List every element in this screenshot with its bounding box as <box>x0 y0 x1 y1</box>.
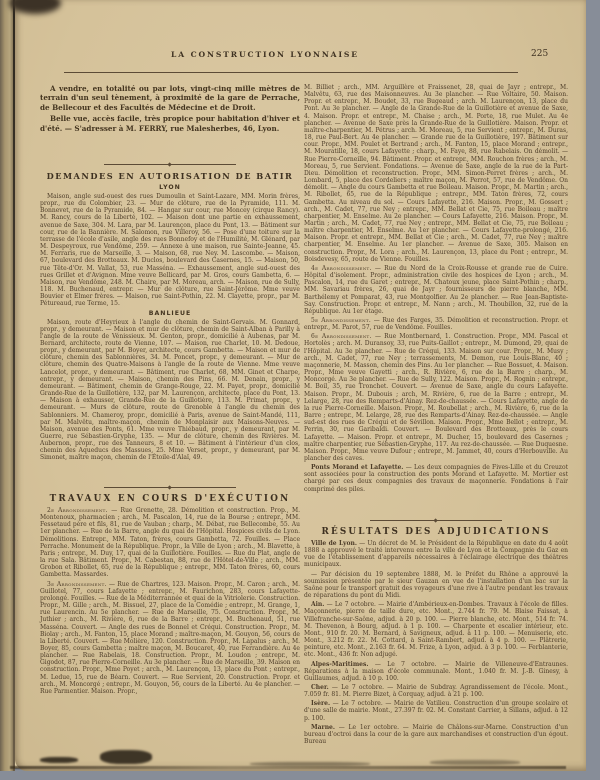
arrondissement-lead: 5e Arrondissement. <box>311 317 371 324</box>
binding-edge <box>0 0 14 771</box>
travaux-text: — Rue de Chartres, 123. Maison. Propr., … <box>40 581 300 695</box>
adjudication-paragraph: Marne. — Le 1er octobre. — Mairie de Châ… <box>304 724 568 745</box>
adjudication-lead: Ville de Lyon. <box>311 540 357 547</box>
ponts-lead: Ponts Morand et Lafayette. <box>311 464 403 471</box>
adjudication-text: — Le 7 octobre. — Mairie d'Ambérieux-en-… <box>304 601 568 658</box>
ad-paragraph: A vendre, en totalité ou par lots, vingt… <box>40 84 300 112</box>
adjudication-text: — Le 7 octobre. — Mairie de Subdray. Agr… <box>304 684 568 698</box>
journal-title: LA CONSTRUCTION LYONNAISE <box>45 50 485 59</box>
travaux-paragraph: M. Billiet ; arch., MM. Arguillère et Fr… <box>304 84 568 263</box>
header-rule <box>64 72 518 73</box>
ad-paragraph: Belle vue, accès facile, très propice po… <box>40 114 300 133</box>
section-title-travaux: TRAVAUX EN COURS D'EXÉCUTION <box>40 494 300 504</box>
demandes-lyon-text: Maison, angle sud-ouest des rues Dumouli… <box>40 193 300 308</box>
travaux-text: M. Billiet ; arch., MM. Arguillère et Fr… <box>304 84 568 263</box>
travaux-paragraph: 2e Arrondissement. — Rue Grenette, 28. D… <box>40 507 300 579</box>
adjudication-lead: Marne. <box>311 724 335 731</box>
travaux-text: — Rue du Nord de la Croix-Rousse et gran… <box>304 265 568 315</box>
page-bottom-edge <box>10 766 566 769</box>
adjudication-lead: Cher. <box>311 684 329 691</box>
travaux-paragraph: 6e Arrondissement. — Rue Montbernard, 1.… <box>304 333 568 462</box>
classified-ad: A vendre, en totalité ou par lots, vingt… <box>40 84 300 156</box>
section-divider <box>104 485 236 489</box>
adjudication-lead: Ain. <box>311 601 324 608</box>
adjudication-paragraph: Ain. — Le 7 octobre. — Mairie d'Ambérieu… <box>304 601 568 658</box>
section-divider <box>104 162 236 166</box>
section-title-demandes: DEMANDES EN AUTORISATION DE BATIR <box>40 171 300 181</box>
page-number: 225 <box>531 49 548 59</box>
right-column: M. Billiet ; arch., MM. Arguillère et Fr… <box>304 84 568 747</box>
subsection-label-banlieue: BANLIEUE <box>40 310 300 317</box>
arrondissement-lead: 6e Arrondissement. <box>311 333 372 340</box>
travaux-text: — Rue Montbernard, 1. Construction. Prop… <box>304 333 568 462</box>
scan-artifact <box>9 0 61 14</box>
arrondissement-lead: 4e Arrondissement. <box>311 265 372 272</box>
section-travaux-continued: M. Billiet ; arch., MM. Arguillère et Fr… <box>304 84 568 512</box>
section-title-resultats: RÉSULTATS DES ADJUDICATIONS <box>304 527 568 537</box>
adjudication-paragraph: Ville de Lyon. — Un décret de M. le Prés… <box>304 540 568 569</box>
adjudication-paragraph: — Par décision du 19 septembre 1888, M. … <box>304 571 568 600</box>
journal-page: LA CONSTRUCTION LYONNAISE 225 A vendre, … <box>15 0 586 771</box>
scan-artifact <box>100 750 152 764</box>
travaux-paragraph: 4e Arrondissement. — Rue du Nord de la C… <box>304 265 568 315</box>
left-column: A vendre, en totalité ou par lots, vingt… <box>40 84 300 697</box>
adjudication-paragraph: Isère. — Le 7 octobre. — Mairie de Vatil… <box>304 700 568 721</box>
travaux-text: — Rue Grenette, 28. Démolition et constr… <box>40 507 300 578</box>
adjudication-paragraph: Alpes-Maritimes. — Le 7 octobre. — Mairi… <box>304 661 568 682</box>
scan-artifact <box>430 760 520 765</box>
adjudication-text: — Le 1er octobre. — Mairie de Châlons-su… <box>304 724 568 745</box>
adjudication-lead: Isère. <box>311 700 330 707</box>
arrondissement-lead: 3e Arrondissement. <box>47 581 107 588</box>
travaux-paragraph: Ponts Morand et Lafayette. — Les deux co… <box>304 464 568 493</box>
adjudication-paragraph: Cher. — Le 7 octobre. — Mairie de Subdra… <box>304 684 568 698</box>
demandes-banlieue-text: Maison, route d'Heyrieux à l'angle du ch… <box>40 319 300 462</box>
adjudication-text: — Par décision du 19 septembre 1888, M. … <box>304 571 568 599</box>
adjudication-lead: Alpes-Maritimes. <box>311 661 368 668</box>
arrondissement-lead: 2e Arrondissement. <box>47 507 108 514</box>
scan-artifact <box>40 757 78 763</box>
adjudication-text: — Le 7 octobre. — Mairie de Vatilieu. Co… <box>304 700 568 721</box>
subsection-label-lyon: LYON <box>40 184 300 191</box>
scanned-journal-view: LA CONSTRUCTION LYONNAISE 225 A vendre, … <box>0 0 600 780</box>
section-divider <box>370 518 502 522</box>
section-demandes: DEMANDES EN AUTORISATION DE BATIR LYON M… <box>40 171 300 479</box>
travaux-paragraph: 3e Arrondissement. — Rue de Chartres, 12… <box>40 581 300 696</box>
travaux-paragraph: 5e Arrondissement. — Rue des Farges, 35.… <box>304 317 568 331</box>
